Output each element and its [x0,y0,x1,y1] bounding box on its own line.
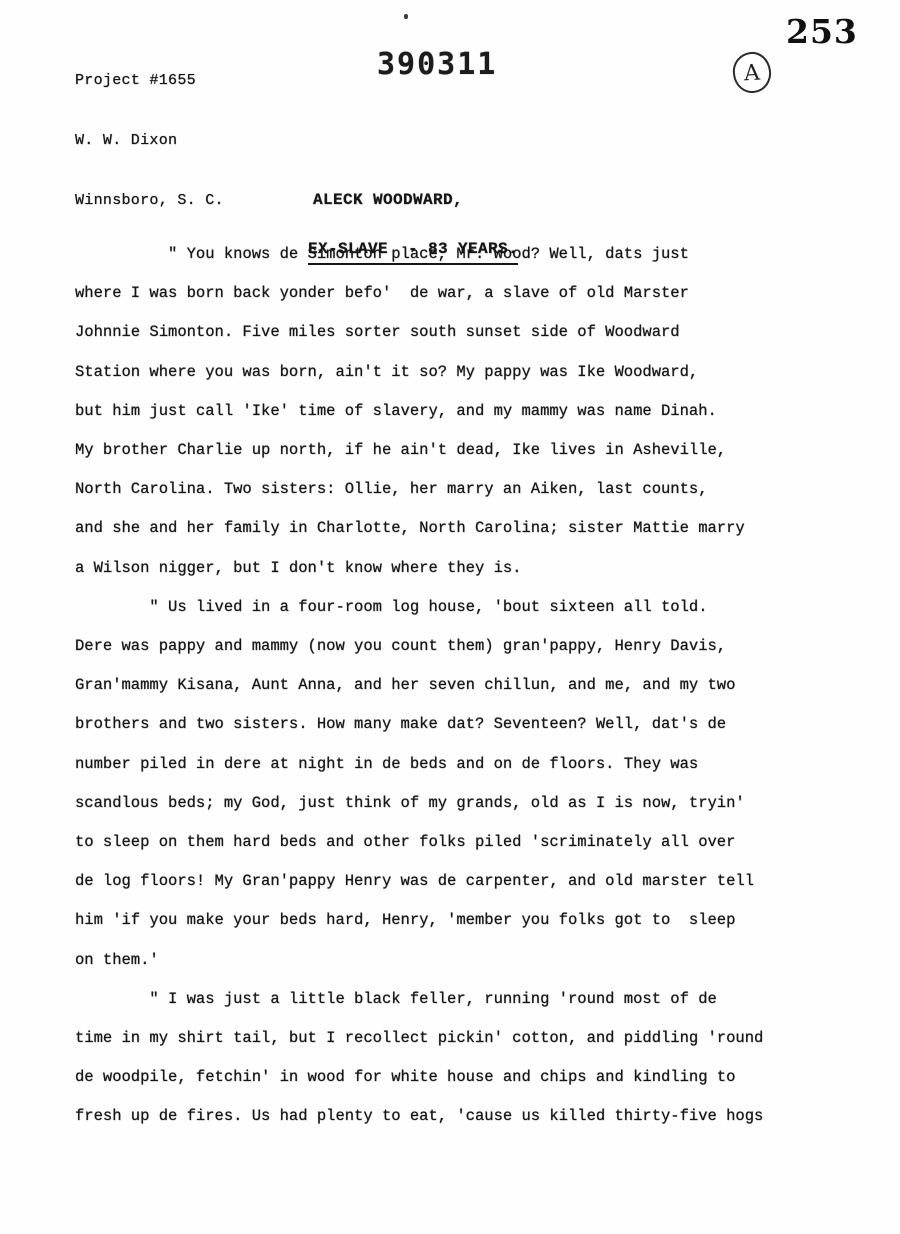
archive-stamp-number: 390311 [377,47,497,82]
typed-line: My brother Charlie up north, if he ain't… [75,431,865,470]
scanned-document-page: Project #1655 W. W. Dixon Winnsboro, S. … [0,0,900,1234]
annotation-letter: A [743,61,760,87]
project-header: Project #1655 W. W. Dixon Winnsboro, S. … [75,31,224,251]
typed-line: " I was just a little black feller, runn… [75,980,865,1019]
typed-line: Dere was pappy and mammy (now you count … [75,627,865,666]
typed-line: and she and her family in Charlotte, Nor… [75,509,865,548]
typed-line: " You knows de Simonton place, Mr. Wood?… [75,235,865,274]
typed-line: him 'if you make your beds hard, Henry, … [75,901,865,940]
typed-line: brothers and two sisters. How many make … [75,705,865,744]
author-line: W. W. Dixon [75,131,224,151]
scan-speck [404,14,408,19]
typed-line: number piled in dere at night in de beds… [75,745,865,784]
typed-line: where I was born back yonder befo' de wa… [75,274,865,313]
typed-line: de woodpile, fetchin' in wood for white … [75,1058,865,1097]
page-number: 253 [786,12,858,51]
typed-line: on them.' [75,941,865,980]
title-name-line: ALECK WOODWARD, [313,188,518,212]
typed-line: Johnnie Simonton. Five miles sorter sout… [75,313,865,352]
typed-line: to sleep on them hard beds and other fol… [75,823,865,862]
typed-line: North Carolina. Two sisters: Ollie, her … [75,470,865,509]
typed-line: Gran'mammy Kisana, Aunt Anna, and her se… [75,666,865,705]
typed-line: scandlous beds; my God, just think of my… [75,784,865,823]
circled-letter-annotation: A [731,50,774,95]
project-number-line: Project #1655 [75,71,224,91]
typed-line: a Wilson nigger, but I don't know where … [75,549,865,588]
location-line: Winnsboro, S. C. [75,191,224,211]
typed-line: de log floors! My Gran'pappy Henry was d… [75,862,865,901]
typed-line: " Us lived in a four-room log house, 'bo… [75,588,865,627]
typed-line: Station where you was born, ain't it so?… [75,353,865,392]
typed-line: fresh up de fires. Us had plenty to eat,… [75,1097,865,1136]
typed-line: time in my shirt tail, but I recollect p… [75,1019,865,1058]
narrative-body: " You knows de Simonton place, Mr. Wood?… [75,235,865,1137]
typed-line: but him just call 'Ike' time of slavery,… [75,392,865,431]
